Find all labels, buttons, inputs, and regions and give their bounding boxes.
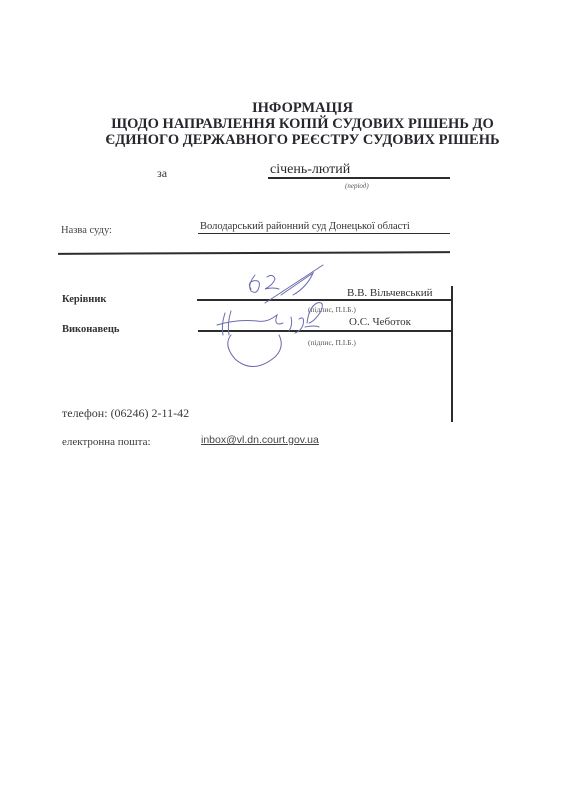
handwritten-signatures (195, 255, 355, 385)
margin-vertical-line (451, 286, 453, 422)
period-underline (268, 177, 450, 179)
phone-number: телефон: (06246) 2-11-42 (62, 406, 189, 421)
head-role-label: Керівник (62, 294, 106, 305)
email-label: електронна пошта: (62, 436, 151, 448)
document-title-line-3: ЄДИНОГО ДЕРЖАВНОГО РЕЄСТРУ СУДОВИХ РІШЕН… (12, 132, 581, 149)
court-name-value: Володарський районний суд Донецької обла… (200, 221, 410, 232)
period-value: січень-лютий (270, 162, 350, 178)
court-name-label: Назва суду: (61, 225, 112, 236)
document-title-line-2: ЩОДО НАПРАВЛЕННЯ КОПІЙ СУДОВИХ РІШЕНЬ ДО (12, 116, 581, 133)
document-title-line-1: ІНФОРМАЦІЯ (12, 100, 581, 117)
court-name-underline (198, 233, 450, 234)
head-name: В.В. Вільчевський (347, 287, 433, 299)
period-prefix: за (157, 166, 167, 181)
email-link[interactable]: inbox@vl.dn.court.gov.ua (201, 434, 319, 446)
section-divider (58, 251, 450, 254)
executor-role-label: Виконавець (62, 324, 119, 335)
executor-name: О.С. Чеботок (349, 316, 411, 328)
period-caption: (період) (345, 182, 369, 190)
